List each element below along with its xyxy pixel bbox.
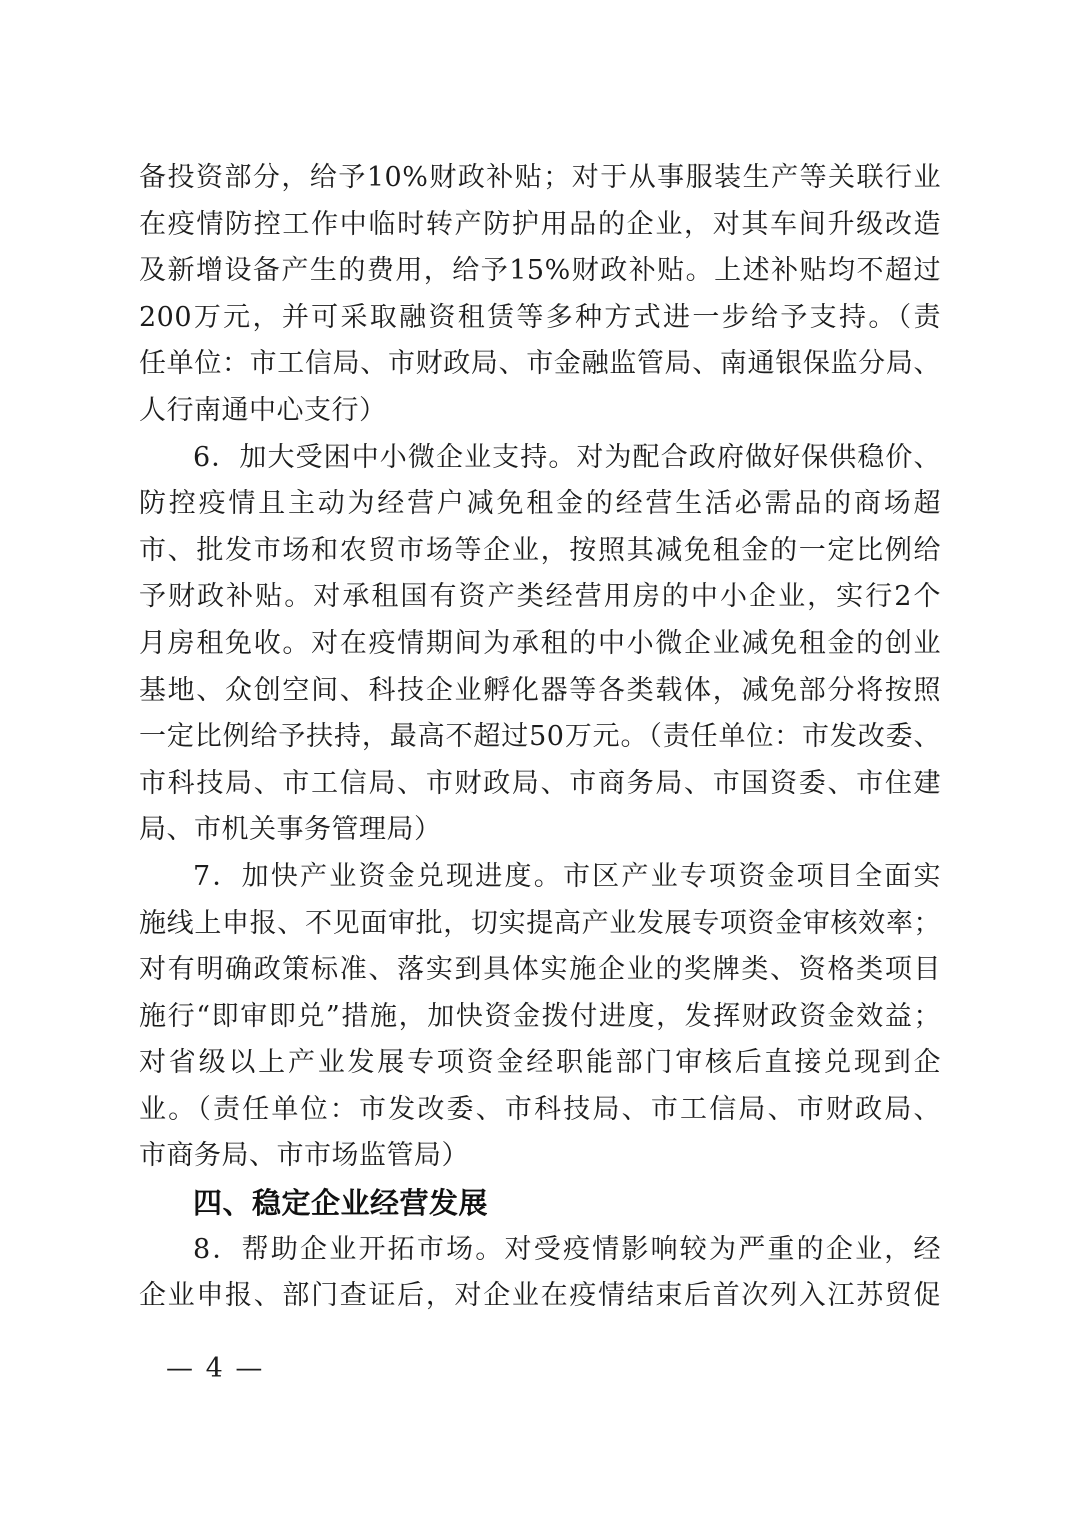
document-line: 施线上申报、不见面审批，切实提高产业发展专项资金审核效率；: [139, 901, 941, 948]
document-line: 月房租免收。对在疫情期间为承租的中小微企业减免租金的创业: [139, 621, 941, 668]
document-line: 一定比例给予扶持，最高不超过50万元。（责任单位：市发改委、: [139, 714, 941, 761]
document-line: 任单位：市工信局、市财政局、市金融监管局、南通银保监分局、: [139, 341, 941, 388]
document-line: 200万元，并可采取融资租赁等多种方式进一步给予支持。（责: [139, 295, 941, 342]
page-number: — 4 —: [166, 1349, 264, 1389]
document-line: 局、市机关事务管理局）: [139, 807, 941, 854]
section-heading: 四、稳定企业经营发展: [139, 1180, 941, 1227]
document-line: 8．帮助企业开拓市场。对受疫情影响较为严重的企业，经: [139, 1227, 941, 1274]
document-line: 6．加大受困中小微企业支持。对为配合政府做好保供稳价、: [139, 435, 941, 482]
document-line: 基地、众创空间、科技企业孵化器等各类载体，减免部分将按照: [139, 668, 941, 715]
document-page: 备投资部分，给予10%财政补贴；对于从事服装生产等关联行业在疫情防控工作中临时转…: [0, 0, 1080, 1527]
document-line: 及新增设备产生的费用，给予15%财政补贴。上述补贴均不超过: [139, 248, 941, 295]
document-line: 对省级以上产业发展专项资金经职能部门审核后直接兑现到企: [139, 1040, 941, 1087]
document-line: 予财政补贴。对承租国有资产类经营用房的中小企业，实行2个: [139, 574, 941, 621]
document-line: 人行南通中心支行）: [139, 388, 941, 435]
document-line: 施行“即审即兑”措施，加快资金拨付进度，发挥财政资金效益；: [139, 994, 941, 1041]
document-line: 防控疫情且主动为经营户减免租金的经营生活必需品的商场超: [139, 481, 941, 528]
document-line: 在疫情防控工作中临时转产防护用品的企业，对其车间升级改造: [139, 202, 941, 249]
document-line: 对有明确政策标准、落实到具体实施企业的奖牌类、资格类项目: [139, 947, 941, 994]
document-line: 市商务局、市市场监管局）: [139, 1133, 941, 1180]
document-line: 企业申报、部门查证后，对企业在疫情结束后首次列入江苏贸促: [139, 1273, 941, 1320]
document-body: 备投资部分，给予10%财政补贴；对于从事服装生产等关联行业在疫情防控工作中临时转…: [139, 155, 941, 1320]
document-line: 备投资部分，给予10%财政补贴；对于从事服装生产等关联行业: [139, 155, 941, 202]
document-line: 业。（责任单位：市发改委、市科技局、市工信局、市财政局、: [139, 1087, 941, 1134]
document-line: 市、批发市场和农贸市场等企业，按照其减免租金的一定比例给: [139, 528, 941, 575]
document-line: 市科技局、市工信局、市财政局、市商务局、市国资委、市住建: [139, 761, 941, 808]
document-line: 7．加快产业资金兑现进度。市区产业专项资金项目全面实: [139, 854, 941, 901]
